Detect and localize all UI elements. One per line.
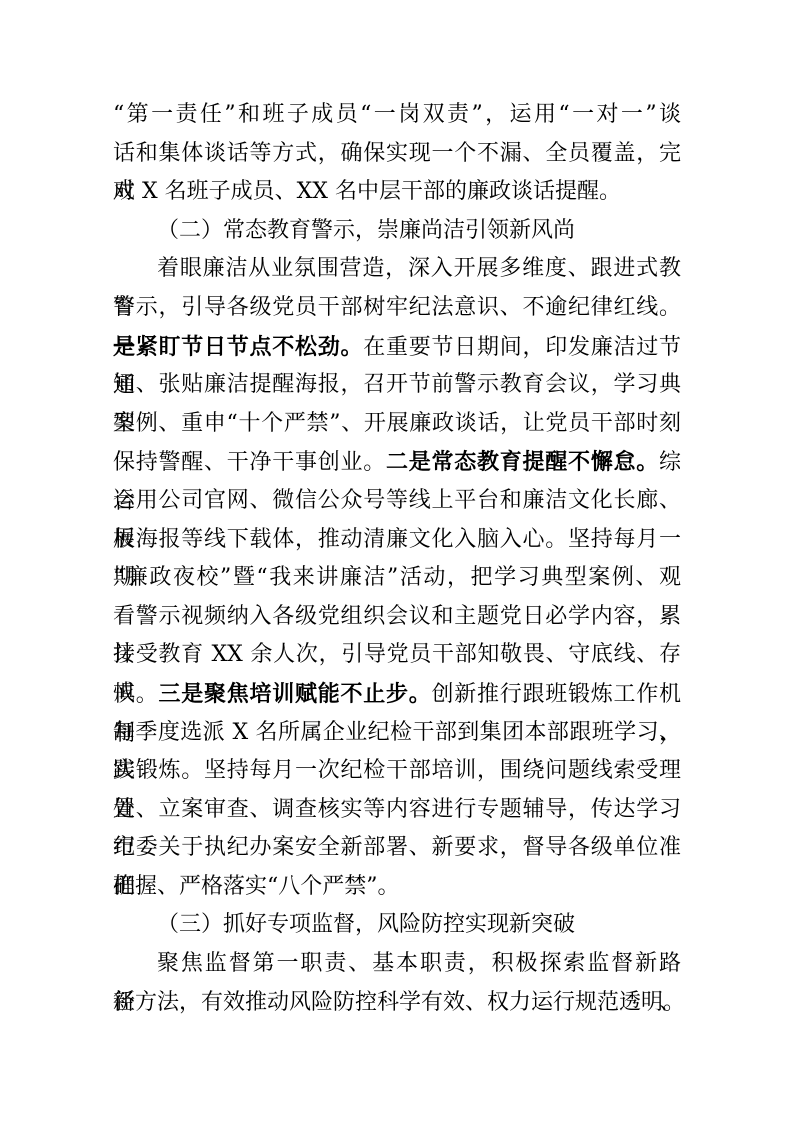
text-line: 对 X 名班子成员、XX 名中层干部的廉政谈话提醒。 bbox=[113, 173, 681, 212]
text-line: “廉政夜校”暨“我来讲廉洁”活动，把学习典型案例、观 bbox=[113, 559, 681, 598]
text-line: 保持警醒、干净干事创业。二是常态教育提醒不懈怠。综合 bbox=[113, 443, 681, 482]
text-line: 惧。三是聚焦培训赋能不止步。创新推行跟班锻炼工作机制， bbox=[113, 675, 681, 714]
text-line: 案例、重申“十个严禁”、开展廉政谈话，让党员干部时刻 bbox=[113, 405, 681, 444]
text-run: 案例、重申“十个严禁”、开展廉政谈话，让党员干部时刻 bbox=[113, 411, 681, 436]
text-run: （三）抓好专项监督，风险防控实现新突破 bbox=[157, 912, 575, 937]
text-run: 警示，引导各级党员干部树牢纪法意识、不逾纪律红线。 bbox=[113, 295, 681, 320]
text-line: （二）常态教育警示，崇廉尚洁引领新风尚 bbox=[113, 212, 681, 251]
text-line: 践锻炼。坚持每月一次纪检干部培训，围绕问题线索受理处 bbox=[113, 752, 681, 791]
text-line: 警示，引导各级党员干部树牢纪法意识、不逾纪律红线。一 bbox=[113, 289, 681, 328]
text-line: 板海报等线下载体，推动清廉文化入脑入心。坚持每月一期 bbox=[113, 521, 681, 560]
text-line: 是紧盯节日节点不松劲。在重要节日期间，印发廉洁过节通 bbox=[113, 328, 681, 367]
text-line: （三）抓好专项监督，风险防控实现新突破 bbox=[113, 906, 681, 945]
text-run: 新方法，有效推动风险防控科学有效、权力运行规范透明。 bbox=[113, 990, 685, 1015]
bold-run: 是紧盯节日节点不松劲。 bbox=[113, 334, 363, 360]
text-line: 知、张贴廉洁提醒海报，召开节前警示教育会议，学习典型 bbox=[113, 366, 681, 405]
text-line: 接受教育 XX 余人次，引导党员干部知敬畏、守底线、存戒 bbox=[113, 636, 681, 675]
text-line: 把握、严格落实“八个严禁”。 bbox=[113, 868, 681, 907]
text-run: （二）常态教育警示，崇廉尚洁引领新风尚 bbox=[157, 218, 575, 243]
text-line: 聚焦监督第一职责、基本职责，积极探索监督新路径、 bbox=[113, 945, 681, 984]
text-run: 对 X 名班子成员、XX 名中层干部的廉政谈话提醒。 bbox=[113, 179, 621, 204]
text-line: “第一责任”和班子成员“一岗双责”，运用“一对一”谈 bbox=[113, 96, 681, 135]
text-run: “廉政夜校”暨“我来讲廉洁”活动，把学习典型案例、观 bbox=[113, 565, 681, 590]
text-line: 置、立案审查、调查核实等内容进行专题辅导，传达学习市 bbox=[113, 791, 681, 830]
text-run: “第一责任”和班子成员“一岗双责”，运用“一对一”谈 bbox=[113, 102, 681, 127]
text-line: 运用公司官网、微信公众号等线上平台和廉洁文化长廊、展 bbox=[113, 482, 681, 521]
bold-run: 二是常态教育提醒不懈怠。 bbox=[386, 449, 659, 475]
document-page: “第一责任”和班子成员“一岗双责”，运用“一对一”谈话和集体谈话等方式，确保实现… bbox=[0, 0, 793, 1122]
text-run: 惧。 bbox=[113, 682, 159, 707]
text-line: 着眼廉洁从业氛围营造，深入开展多维度、跟进式教育 bbox=[113, 250, 681, 289]
bold-run: 三是聚焦培训赋能不止步。 bbox=[159, 681, 432, 707]
text-line: 每季度选派 X 名所属企业纪检干部到集团本部跟班学习、实 bbox=[113, 714, 681, 753]
text-run: 把握、严格落实“八个严禁”。 bbox=[113, 874, 400, 899]
text-line: 看警示视频纳入各级党组织会议和主题党日必学内容，累计 bbox=[113, 598, 681, 637]
document-body: “第一责任”和班子成员“一岗双责”，运用“一对一”谈话和集体谈话等方式，确保实现… bbox=[113, 96, 681, 1022]
text-run: 保持警醒、干净干事创业。 bbox=[113, 450, 386, 475]
text-line: 纪委关于执纪办案安全新部署、新要求，督导各级单位准确 bbox=[113, 829, 681, 868]
text-line: 话和集体谈话等方式，确保实现一个不漏、全员覆盖，完成 bbox=[113, 135, 681, 174]
text-line: 新方法，有效推动风险防控科学有效、权力运行规范透明。 bbox=[113, 984, 681, 1023]
